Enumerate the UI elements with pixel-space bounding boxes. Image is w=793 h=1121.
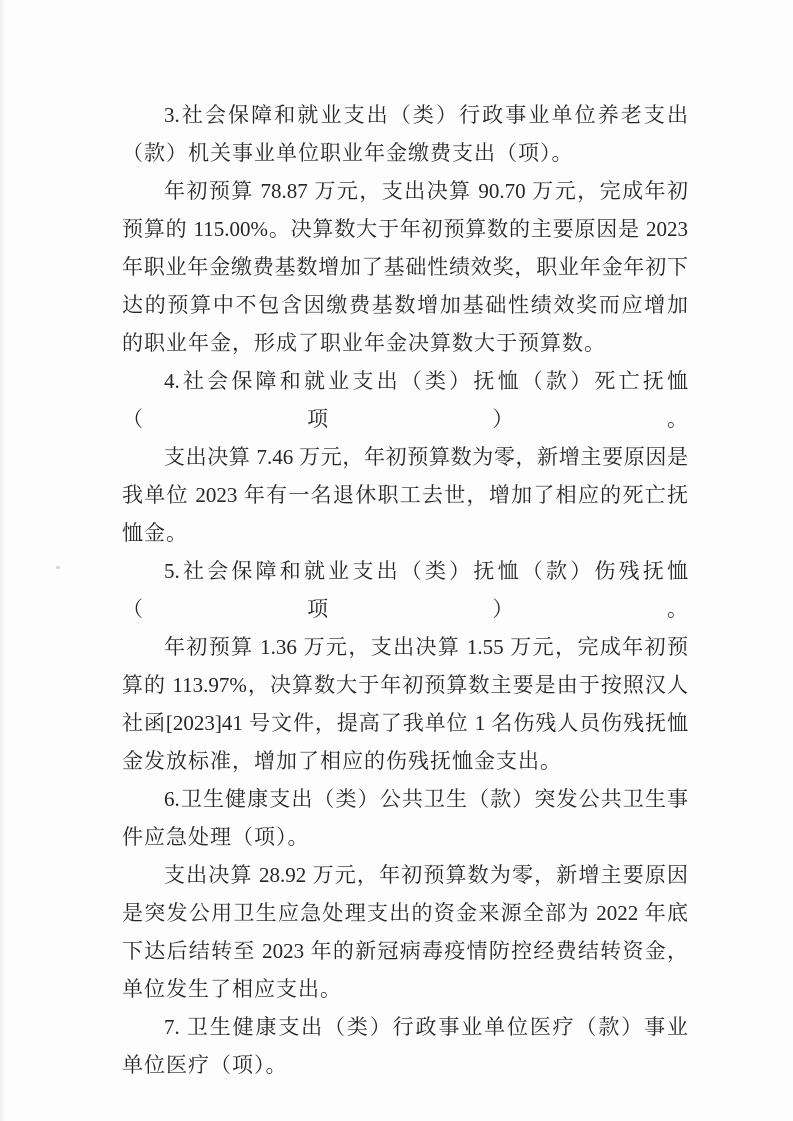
document-page: 3.社会保障和就业支出（类）行政事业单位养老支出 （款）机关事业单位职业年金缴费… (0, 0, 793, 1121)
text-block: 3.社会保障和就业支出（类）行政事业单位养老支出 （款）机关事业单位职业年金缴费… (122, 96, 688, 1084)
text-line: 算的 113.97%，决算数大于年初预算数主要是由于按照汉人 (122, 666, 688, 704)
text-line: 4.社会保障和就业支出（类）抚恤（款）死亡抚恤（项）。 (122, 362, 688, 438)
paragraph-item3-heading: 3.社会保障和就业支出（类）行政事业单位养老支出 （款）机关事业单位职业年金缴费… (122, 96, 688, 172)
text-line: 7. 卫生健康支出（类）行政事业单位医疗（款）事业 (122, 1008, 688, 1046)
text-line: 单位发生了相应支出。 (122, 970, 688, 1008)
text-line: 支出决算 28.92 万元，年初预算数为零，新增主要原因 (122, 856, 688, 894)
text-line: 5.社会保障和就业支出（类）抚恤（款）伤残抚恤（项）。 (122, 552, 688, 628)
text-line: 6.卫生健康支出（类）公共卫生（款）突发公共卫生事 (122, 780, 688, 818)
paragraph-item3-body: 年初预算 78.87 万元，支出决算 90.70 万元，完成年初 预算的 115… (122, 172, 688, 362)
text-line: 预算的 115.00%。决算数大于年初预算数的主要原因是 2023 (122, 210, 688, 248)
text-line: 金发放标准，增加了相应的伤残抚恤金支出。 (122, 742, 688, 780)
paragraph-item5-body: 年初预算 1.36 万元，支出决算 1.55 万元，完成年初预 算的 113.9… (122, 628, 688, 780)
paragraph-item7-heading: 7. 卫生健康支出（类）行政事业单位医疗（款）事业 单位医疗（项）。 (122, 1008, 688, 1084)
paragraph-item5-heading: 5.社会保障和就业支出（类）抚恤（款）伤残抚恤（项）。 (122, 552, 688, 628)
scan-edge-shading (0, 0, 6, 1121)
text-line: 我单位 2023 年有一名退休职工去世，增加了相应的死亡抚 (122, 476, 688, 514)
text-line: 3.社会保障和就业支出（类）行政事业单位养老支出 (122, 96, 688, 134)
text-line: 下达后结转至 2023 年的新冠病毒疫情防控经费结转资金， (122, 932, 688, 970)
text-line: 件应急处理（项）。 (122, 818, 688, 856)
text-line: （款）机关事业单位职业年金缴费支出（项）。 (122, 134, 688, 172)
paragraph-item4-heading: 4.社会保障和就业支出（类）抚恤（款）死亡抚恤（项）。 (122, 362, 688, 438)
text-line: 年初预算 78.87 万元，支出决算 90.70 万元，完成年初 (122, 172, 688, 210)
text-line: 达的预算中不包含因缴费基数增加基础性绩效奖而应增加 (122, 286, 688, 324)
text-line: 单位医疗（项）。 (122, 1046, 688, 1084)
text-line: 支出决算 7.46 万元，年初预算数为零，新增主要原因是 (122, 438, 688, 476)
text-line: 年职业年金缴费基数增加了基础性绩效奖，职业年金年初下 (122, 248, 688, 286)
paragraph-item6-body: 支出决算 28.92 万元，年初预算数为零，新增主要原因 是突发公用卫生应急处理… (122, 856, 688, 1008)
paragraph-item6-heading: 6.卫生健康支出（类）公共卫生（款）突发公共卫生事 件应急处理（项）。 (122, 780, 688, 856)
text-line: 恤金。 (122, 514, 688, 552)
text-line: 社函[2023]41 号文件，提高了我单位 1 名伤残人员伤残抚恤 (122, 704, 688, 742)
text-line: 年初预算 1.36 万元，支出决算 1.55 万元，完成年初预 (122, 628, 688, 666)
scan-speck-artifact (56, 566, 60, 569)
paragraph-item4-body: 支出决算 7.46 万元，年初预算数为零，新增主要原因是 我单位 2023 年有… (122, 438, 688, 552)
text-line: 是突发公用卫生应急处理支出的资金来源全部为 2022 年底 (122, 894, 688, 932)
text-line: 的职业年金，形成了职业年金决算数大于预算数。 (122, 324, 688, 362)
